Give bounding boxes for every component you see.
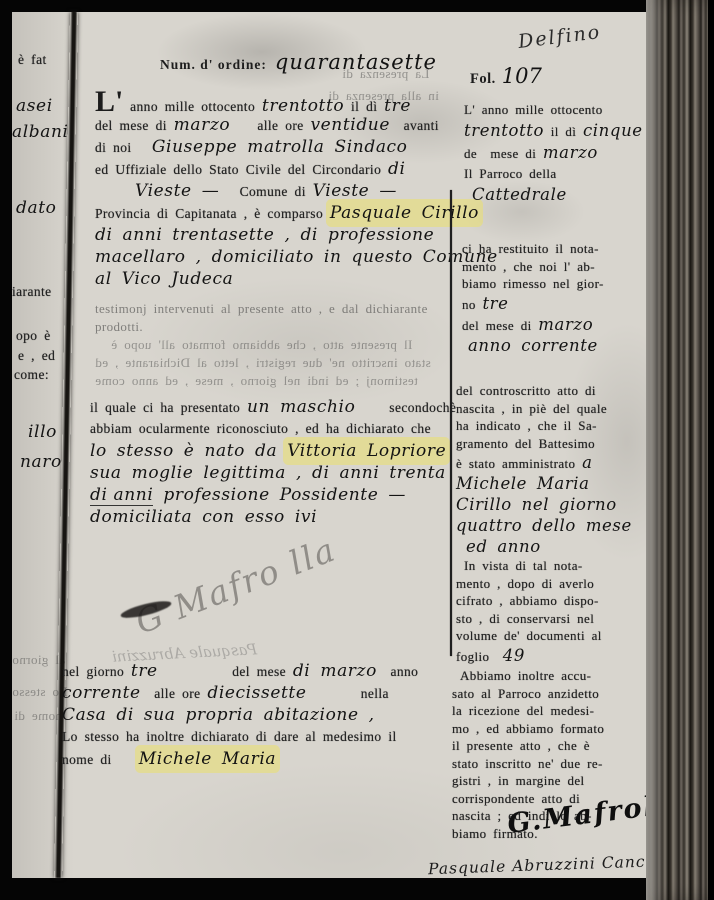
- text-segment: il dì: [544, 124, 583, 139]
- faint-signature-scrawl: G Mafro lla: [130, 529, 341, 641]
- text-line: il presente atto , che è: [452, 737, 657, 755]
- right-column-baptism-note: del controscritto atto dinascita , in pi…: [456, 382, 656, 666]
- text-line: de mese di marzo: [464, 142, 654, 164]
- edge-text-fragment: illo: [28, 422, 57, 442]
- order-number-label: Num. d' ordine:: [160, 57, 267, 73]
- main-paragraph-declaration: L' anno mille ottocento trentotto il dì …: [95, 92, 457, 290]
- text-line: Abbiamo inoltre accu-: [460, 667, 657, 685]
- text-segment: la ricezione del medesi-: [452, 703, 594, 718]
- text-line: di noi Giuseppe matrolla Sindaco: [95, 136, 457, 158]
- text-line: mo , ed abbiamo formato: [452, 720, 657, 738]
- text-line: di anni professione Possidente —: [90, 484, 470, 506]
- text-line: In vista di tal nota-: [464, 557, 656, 575]
- text-line: abbiam ocularmente riconosciuto , ed ha …: [90, 418, 470, 440]
- text-line: mento , dopo di averlo: [456, 575, 656, 593]
- text-segment: 49: [503, 646, 525, 665]
- right-column-parish-header: L' anno mille ottocentotrentotto il dì c…: [464, 100, 654, 206]
- column-divider-line: [450, 190, 452, 656]
- folio-number: Fol. 107: [470, 64, 542, 88]
- text-line: gistri , in margine del: [452, 772, 657, 790]
- text-line: quattro dello mese: [456, 515, 656, 536]
- order-number: Num. d' ordine: quarantasette: [160, 50, 437, 74]
- text-segment: Provincia di Capitanata , è comparso: [95, 206, 330, 221]
- text-line: mento , che noi l' ab-: [462, 258, 657, 276]
- chancellor-signature: Pasquale Abruzzini Canc.re: [428, 852, 671, 878]
- text-line: nascita , in piè del quale: [456, 400, 656, 418]
- text-segment: di marzo: [293, 661, 377, 681]
- edge-text-fragment: e , ed: [18, 348, 55, 364]
- text-line: cifrato , abbiamo dispo-: [456, 592, 656, 610]
- text-segment: no: [462, 297, 482, 312]
- edge-text-fragment: è fat: [18, 52, 47, 68]
- text-segment: di noi: [95, 140, 152, 155]
- text-line: Michele Maria: [456, 473, 656, 494]
- text-segment: lo stesso è nato da: [90, 441, 287, 461]
- text-segment: sto , di conservarsi nel: [456, 611, 594, 626]
- text-segment: del controscritto atto di: [456, 383, 596, 398]
- text-line: Il Parroco della: [464, 164, 654, 184]
- text-line: volume de' documenti al: [456, 627, 656, 645]
- text-segment: testimonj ; ed indi nel giorno , mese , …: [95, 372, 418, 390]
- text-line: Lo stesso ha inoltre dichiarato di dare …: [62, 726, 462, 748]
- text-segment: ventidue: [310, 115, 390, 135]
- text-segment: professione Possidente —: [153, 485, 406, 505]
- text-line: Il presente atto , che abbiamo formato a…: [111, 336, 457, 354]
- text-segment: di anni trentasette , di professione: [95, 225, 434, 245]
- text-line: testimonj ; ed indi nel giorno , mese , …: [95, 372, 457, 390]
- text-segment: tre: [384, 96, 411, 116]
- folio-label: Fol.: [470, 71, 496, 88]
- edge-text-fragment: dato: [16, 198, 56, 218]
- text-segment: stato inscritto ne' due re-: [452, 756, 603, 771]
- text-segment: mento , che noi l' ab-: [462, 259, 595, 274]
- text-segment: mo , ed abbiamo formato: [452, 721, 604, 736]
- text-segment: macellaro , domiciliato in questo Comune: [95, 247, 498, 267]
- text-segment: alle ore: [230, 118, 310, 133]
- text-segment: Il Parroco della: [464, 166, 557, 181]
- text-segment: cinque: [583, 121, 643, 140]
- edge-text-fragment: asei: [16, 96, 53, 116]
- text-line: sato al Parroco anzidetto: [452, 685, 657, 703]
- edge-text-fragment: opo è: [16, 328, 51, 344]
- text-segment: marzo: [174, 115, 231, 135]
- text-line: del mese di marzo: [462, 314, 657, 335]
- text-segment: biamo rimesso nel gior-: [462, 276, 604, 291]
- highlighted-name: Vittoria Lopriore: [287, 441, 446, 461]
- text-segment: mento , dopo di averlo: [456, 576, 594, 591]
- text-line: stato inscritto ne' due re-: [452, 755, 657, 773]
- text-segment: Cattedrale: [472, 185, 567, 204]
- text-segment: marzo: [538, 315, 593, 334]
- text-segment: nel giorno: [62, 664, 131, 679]
- main-paragraph-birth: il quale ci ha presentato un maschio sec…: [90, 396, 470, 528]
- text-segment: è stato amministrato: [456, 456, 582, 471]
- edge-text-fragment: iarante: [12, 284, 52, 300]
- text-segment: alle ore: [141, 686, 208, 701]
- text-segment: del mese di: [95, 118, 174, 133]
- text-segment: Cirillo nel giorno: [456, 495, 617, 514]
- text-segment: un maschio: [247, 397, 355, 417]
- text-line: anno corrente: [468, 335, 657, 356]
- text-line: domiciliata con esso ivi: [90, 506, 470, 528]
- right-column-restitution-note: ci ha restituito il nota-mento , che noi…: [462, 240, 657, 356]
- edge-text-fragment: come:: [14, 367, 49, 383]
- text-segment: ha indicato , che il Sa-: [456, 418, 597, 433]
- text-segment: diecissette: [207, 683, 306, 703]
- text-segment: Vieste —: [135, 181, 219, 201]
- text-line: il quale ci ha presentato un maschio sec…: [90, 396, 470, 418]
- book-spine-gutter: [646, 0, 714, 900]
- text-line: foglio 49: [456, 645, 656, 666]
- corner-annotation: Delfino: [517, 21, 602, 53]
- text-segment: gistri , in margine del: [452, 773, 585, 788]
- text-segment: tre: [131, 661, 158, 681]
- text-segment: di anni: [90, 485, 153, 506]
- edge-text-fragment: nome di: [14, 708, 62, 724]
- text-segment: il quale ci ha presentato: [90, 400, 247, 415]
- text-segment: ed anno: [466, 537, 541, 556]
- text-line: no tre: [462, 293, 657, 314]
- text-line: ed Uffiziale dello Stato Civile del Circ…: [95, 158, 457, 180]
- register-page-surface: è fataseialbanidatoiaranteopo èe , edcom…: [12, 12, 648, 878]
- text-line: nome di Michele Maria: [62, 748, 462, 770]
- text-segment: ci ha restituito il nota-: [462, 241, 599, 256]
- highlighted-name: Pasquale Cirillo: [330, 203, 479, 223]
- text-segment: secondochè: [355, 400, 456, 415]
- text-line: la ricezione del medesi-: [452, 702, 657, 720]
- text-line: Provincia di Capitanata , è comparso Pas…: [95, 202, 457, 224]
- text-line: ha indicato , che il Sa-: [456, 417, 656, 435]
- text-segment: il presente atto , che è: [452, 738, 590, 753]
- text-segment: L' anno mille ottocento: [464, 102, 603, 117]
- text-line: del controscritto atto di: [456, 382, 656, 400]
- text-line: al Vico Judeca: [95, 268, 457, 290]
- text-segment: Abbiamo inoltre accu-: [460, 668, 591, 683]
- text-segment: sato al Parroco anzidetto: [452, 686, 599, 701]
- text-line: trentotto il dì cinque: [464, 120, 654, 142]
- text-segment: Giuseppe matrolla Sindaco: [152, 137, 408, 157]
- text-segment: foglio: [456, 649, 503, 664]
- main-paragraph-naming: nel giorno tre del mese di marzo annocor…: [62, 660, 462, 770]
- text-segment: In vista di tal nota-: [464, 558, 583, 573]
- bleedthrough-printed-text: testimonj intervenuti al presente atto ,…: [95, 300, 457, 390]
- text-line: è stato amministrato a: [456, 452, 656, 473]
- text-line: sto , di conservarsi nel: [456, 610, 656, 628]
- text-segment: volume de' documenti al: [456, 628, 602, 643]
- text-line: sua moglie legittima , di anni trenta: [90, 462, 470, 484]
- text-segment: gramento del Battesimo: [456, 436, 595, 451]
- text-segment: del mese: [158, 664, 293, 679]
- text-segment: sua moglie legittima , di anni trenta: [90, 463, 446, 483]
- text-segment: marzo: [543, 143, 598, 162]
- text-segment: il dì: [344, 99, 384, 114]
- text-line: Cattedrale: [472, 184, 654, 206]
- text-segment: trentotto: [262, 96, 344, 116]
- text-segment: testimonj intervenuti al presente atto ,…: [95, 301, 428, 316]
- text-line: gramento del Battesimo: [456, 435, 656, 453]
- text-segment: corrente: [62, 683, 141, 703]
- text-line: stato inscritto ne' due registri , letto…: [95, 354, 457, 372]
- text-segment: domiciliata con esso ivi: [90, 507, 317, 527]
- text-line: ed anno: [466, 536, 656, 557]
- text-line: L' anno mille ottocento: [464, 100, 654, 120]
- highlighted-name: Michele Maria: [139, 749, 276, 769]
- text-line: Cirillo nel giorno: [456, 494, 656, 515]
- text-line: testimonj intervenuti al presente atto ,…: [95, 300, 457, 318]
- text-segment: anno mille ottocento: [123, 99, 262, 114]
- text-segment: anno: [377, 664, 418, 679]
- text-line: Casa di sua propria abitazione ,: [62, 704, 462, 726]
- text-segment: nascita , in piè del quale: [456, 401, 607, 416]
- text-line: del mese di marzo alle ore ventidue avan…: [95, 114, 457, 136]
- text-segment: prodotti.: [95, 319, 143, 334]
- text-segment: cifrato , abbiamo dispo-: [456, 593, 599, 608]
- text-segment: avanti: [390, 118, 439, 133]
- text-line: Vieste — Comune di Vieste —: [135, 180, 457, 202]
- text-segment: Comune di: [219, 184, 312, 199]
- text-line: macellaro , domiciliato in questo Comune: [95, 246, 457, 268]
- text-segment: a: [582, 453, 592, 472]
- text-segment: tre: [482, 294, 508, 313]
- text-segment: trentotto: [464, 121, 544, 140]
- text-segment: Il presente atto , che abbiamo formato a…: [111, 336, 412, 354]
- text-line: nel giorno tre del mese di marzo anno: [62, 660, 462, 682]
- text-segment: stato inscritto ne' due registri , letto…: [95, 354, 431, 372]
- edge-text-fragment: naro: [20, 452, 62, 472]
- text-segment: ed Uffiziale dello Stato Civile del Circ…: [95, 162, 388, 177]
- text-segment: nome di: [62, 752, 139, 767]
- text-line: lo stesso è nato da Vittoria Lopriore: [90, 440, 470, 462]
- text-segment: Vieste —: [313, 181, 397, 201]
- text-segment: di: [388, 159, 406, 179]
- edge-text-fragment: albani: [12, 122, 69, 142]
- text-line: prodotti.: [95, 318, 457, 336]
- scanned-birth-record: è fataseialbanidatoiaranteopo èe , edcom…: [0, 0, 714, 900]
- text-line: ci ha restituito il nota-: [462, 240, 657, 258]
- text-line: L' anno mille ottocento trentotto il dì …: [95, 92, 457, 114]
- text-segment: del mese di: [462, 318, 538, 333]
- folio-value: 107: [502, 64, 542, 88]
- text-line: biamo rimesso nel gior-: [462, 275, 657, 293]
- text-segment: al Vico Judeca: [95, 269, 233, 289]
- text-segment: anno corrente: [468, 336, 598, 355]
- text-line: corrente alle ore diecissette nella: [62, 682, 462, 704]
- text-segment: de mese di: [464, 146, 543, 161]
- text-line: di anni trentasette , di professione: [95, 224, 457, 246]
- text-segment: Michele Maria: [456, 474, 590, 493]
- text-segment: quattro dello mese: [456, 516, 632, 535]
- text-segment: Casa di sua propria abitazione ,: [62, 705, 375, 725]
- order-number-value: quarantasette: [275, 50, 437, 74]
- text-segment: abbiam ocularmente riconosciuto , ed ha …: [90, 421, 431, 436]
- text-segment: nella: [307, 686, 389, 701]
- text-segment: Lo stesso ha inoltre dichiarato di dare …: [62, 729, 397, 744]
